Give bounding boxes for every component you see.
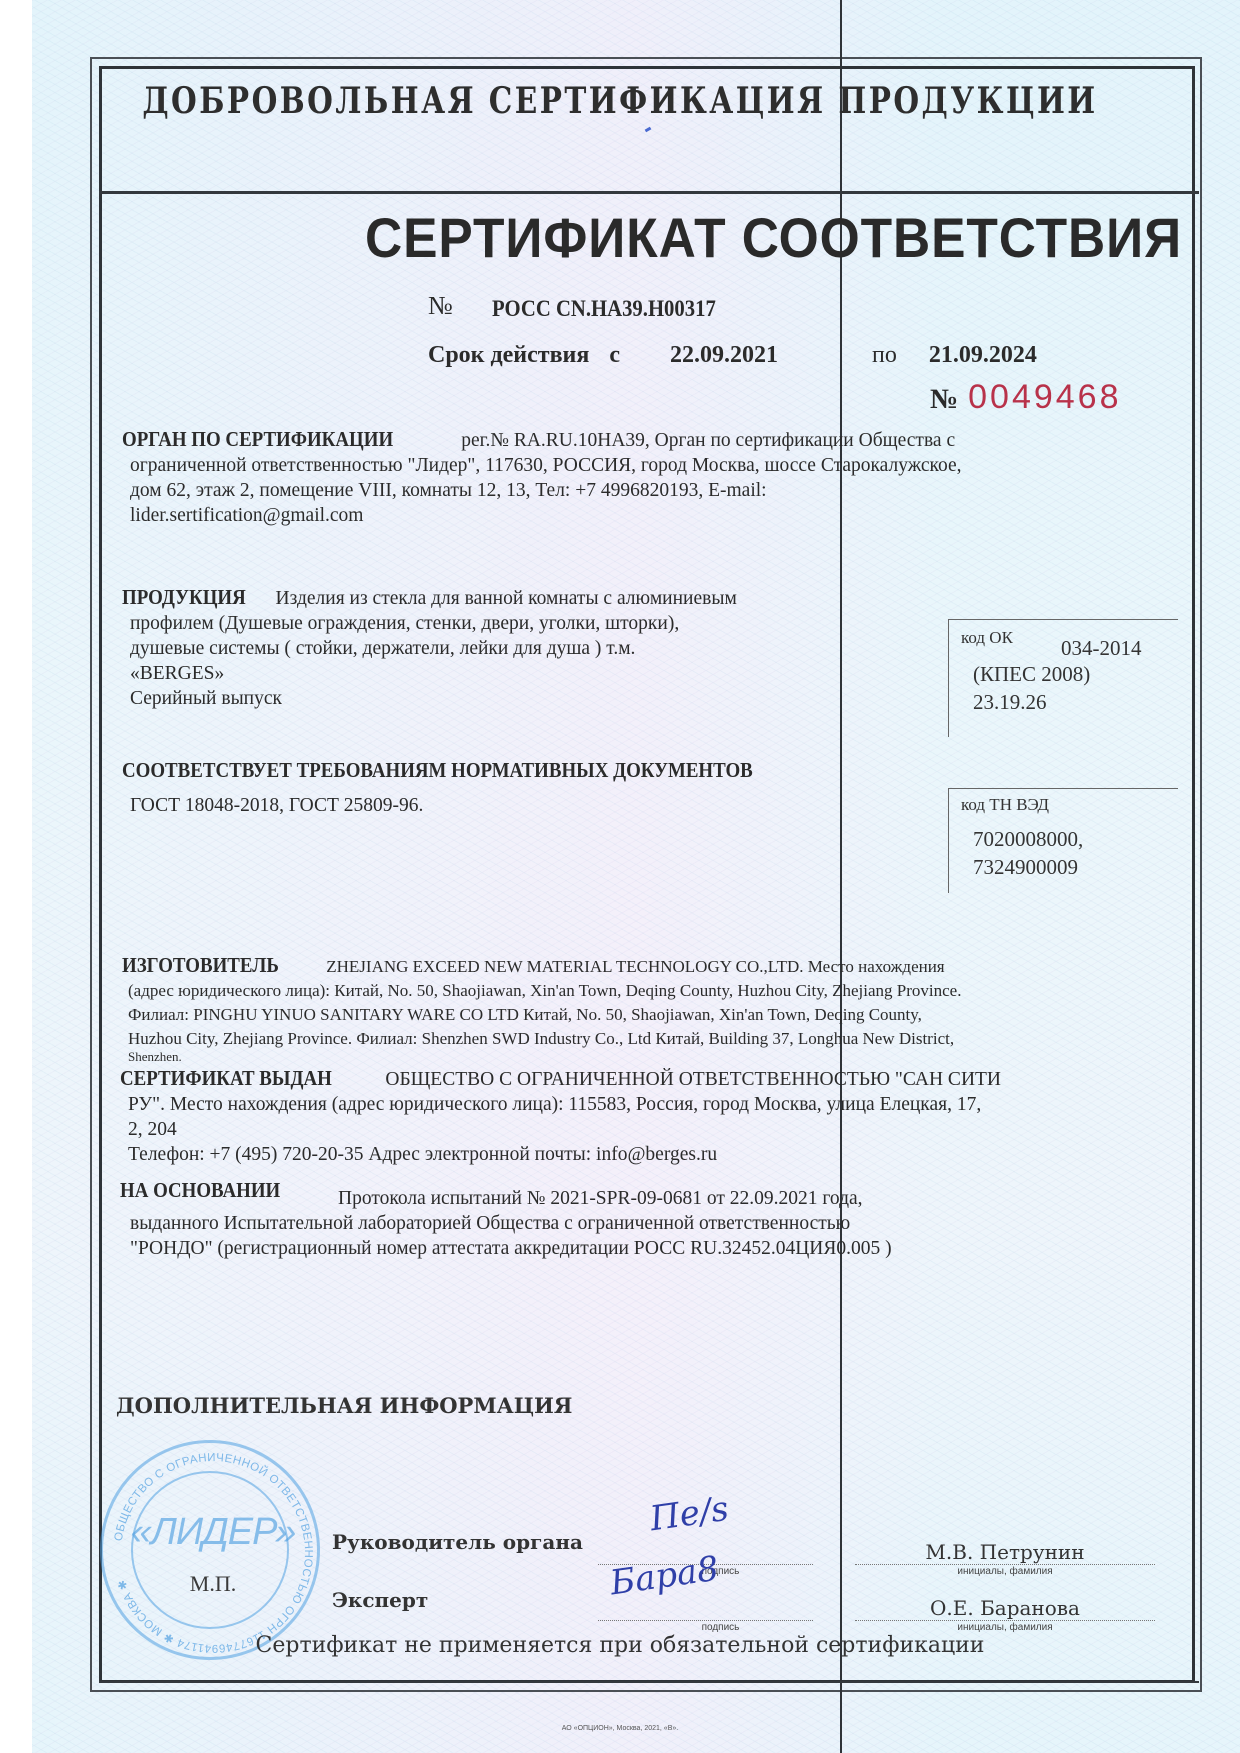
certification-body-email: lider.sertification@gmail.com [122,503,1182,528]
ok-code-label: код ОК [961,628,1013,647]
ok-code-standard: 034-2014 [1061,634,1142,662]
manufacturer-line2: (адрес юридического лица): Китай, No. 50… [122,979,1192,1003]
registration-number: РОСС CN.HA39.H00317 [492,296,716,322]
product-line1: Изделия из стекла для ванной комнаты с а… [276,588,737,609]
product-line2: профилем (Душевые ограждения, стенки, дв… [122,611,882,636]
tn-ved-code-1: 7020008000, [961,825,1178,853]
product-line3: душевые системы ( стойки, держатели, лей… [122,636,882,661]
valid-from-date: 22.09.2021 [670,342,778,369]
blank-number: №0049468 [930,378,1122,417]
expert-name: О.Е. Баранова [855,1596,1155,1620]
issued-to-contacts: Телефон: +7 (495) 720-20-35 Адрес электр… [120,1142,1190,1167]
head-name-caption: инициалы, фамилия [855,1566,1155,1577]
validity-label: Срок действия [428,342,589,369]
head-name: М.В. Петрунин [855,1540,1155,1564]
expert-role-label: Эксперт [332,1588,428,1612]
basis-line2: выданного Испытательной лабораторией Общ… [120,1211,1190,1236]
footer-note: Сертификат не применяется при обязательн… [0,1633,1240,1658]
manufacturer-section: ИЗГОТОВИТЕЛЬZHEJIANG EXCEED NEW MATERIAL… [122,953,1192,1063]
certification-body-line1: рег.№ RA.RU.10HA39, Орган по сертификаци… [461,430,955,451]
blank-number-value: 0049468 [968,378,1121,416]
product-section: ПРОДУКЦИЯИзделия из стекла для ванной ко… [122,585,882,711]
ok-code-kpes: (КПЕС 2008) [961,660,1178,688]
issued-to-label: СЕРТИФИКАТ ВЫДАН [120,1066,332,1091]
manufacturer-line3: Филиал: PINGHU YINUO SANITARY WARE CO LT… [122,1003,1192,1027]
issued-to-line3: 2, 204 [120,1117,1190,1142]
ok-code-value: 23.19.26 [961,688,1178,716]
ok-code-box: код ОК 034-2014 (КПЕС 2008) 23.19.26 [948,619,1178,737]
issued-to-section: СЕРТИФИКАТ ВЫДАНОБЩЕСТВО С ОГРАНИЧЕННОЙ … [120,1066,1190,1167]
basis-line1: Протокола испытаний № 2021-SPR-09-0681 о… [338,1186,863,1211]
basis-label: НА ОСНОВАНИИ [120,1178,280,1203]
tn-ved-code-box: код ТН ВЭД 7020008000, 7324900009 [948,788,1178,893]
organization-stamp: ОБЩЕСТВО С ОГРАНИЧЕННОЙ ОТВЕТСТВЕННОСТЬЮ… [100,1440,320,1660]
manufacturer-line5: Shenzhen. [122,1051,1192,1063]
seal-place-label: М.П. [103,1571,323,1597]
product-brand: «BERGES» [122,661,882,686]
product-series: Серийный выпуск [122,686,882,711]
blank-number-symbol: № [930,384,958,415]
basis-line3: "РОНДО" (регистрационный номер аттестата… [120,1236,1190,1261]
expert-signature-line [598,1620,813,1621]
stamp-center-text: «ЛИДЕР» [103,1511,323,1554]
head-role-label: Руководитель органа [332,1530,583,1554]
printer-imprint: АО «ОПЦИОН», Москва, 2021, «В». [0,1725,1240,1732]
certification-body-section: ОРГАН ПО СЕРТИФИКАЦИИрег.№ RA.RU.10HA39,… [122,427,1182,528]
expert-name-caption: инициалы, фамилия [855,1622,1155,1633]
main-title: СЕРТИФИКАТ СООТВЕТСТВИЯ [365,205,1182,270]
validity-to-label: по [872,342,897,369]
manufacturer-line4: Huzhou City, Zhejiang Province. Филиал: … [122,1027,1192,1051]
expert-name-line [855,1620,1155,1621]
issued-to-line2: РУ". Место нахождения (адрес юридическог… [120,1092,1190,1117]
certification-body-line3: дом 62, этаж 2, помещение VIII, комнаты … [122,478,1182,503]
basis-section: НА ОСНОВАНИИПротокола испытаний № 2021-S… [120,1178,1190,1261]
top-title: ДОБРОВОЛЬНАЯ СЕРТИФИКАЦИЯ ПРОДУКЦИИ [112,80,1129,122]
issued-to-line1: ОБЩЕСТВО С ОГРАНИЧЕННОЙ ОТВЕТСТВЕННОСТЬЮ… [385,1069,1001,1090]
manufacturer-line1: ZHEJIANG EXCEED NEW MATERIAL TECHNOLOGY … [326,957,944,976]
footer-divider [99,1681,1199,1683]
manufacturer-label: ИЗГОТОВИТЕЛЬ [122,953,279,977]
tn-ved-code-2: 7324900009 [961,853,1178,881]
head-name-line [855,1564,1155,1565]
compliance-label: СООТВЕТСТВУЕТ ТРЕБОВАНИЯМ НОРМАТИВНЫХ ДО… [122,758,753,783]
product-label: ПРОДУКЦИЯ [122,585,246,610]
validity-from-label: с [609,342,620,369]
valid-to-date: 21.09.2024 [929,342,1037,369]
header-divider [99,191,1199,194]
certification-body-label: ОРГАН ПО СЕРТИФИКАЦИИ [122,427,393,452]
certification-body-line2: ограниченной ответственностью "Лидер", 1… [122,453,1182,478]
compliance-standards: ГОСТ 18048-2018, ГОСТ 25809-96. [130,793,423,818]
expert-signature-caption: подпись [598,1622,813,1633]
tn-ved-label: код ТН ВЭД [961,795,1178,815]
validity-row: Срок действия с 22.09.2021 по 21.09.2024 [428,342,1037,369]
number-symbol: № [428,291,453,321]
additional-info-label: ДОПОЛНИТЕЛЬНАЯ ИНФОРМАЦИЯ [116,1393,572,1418]
